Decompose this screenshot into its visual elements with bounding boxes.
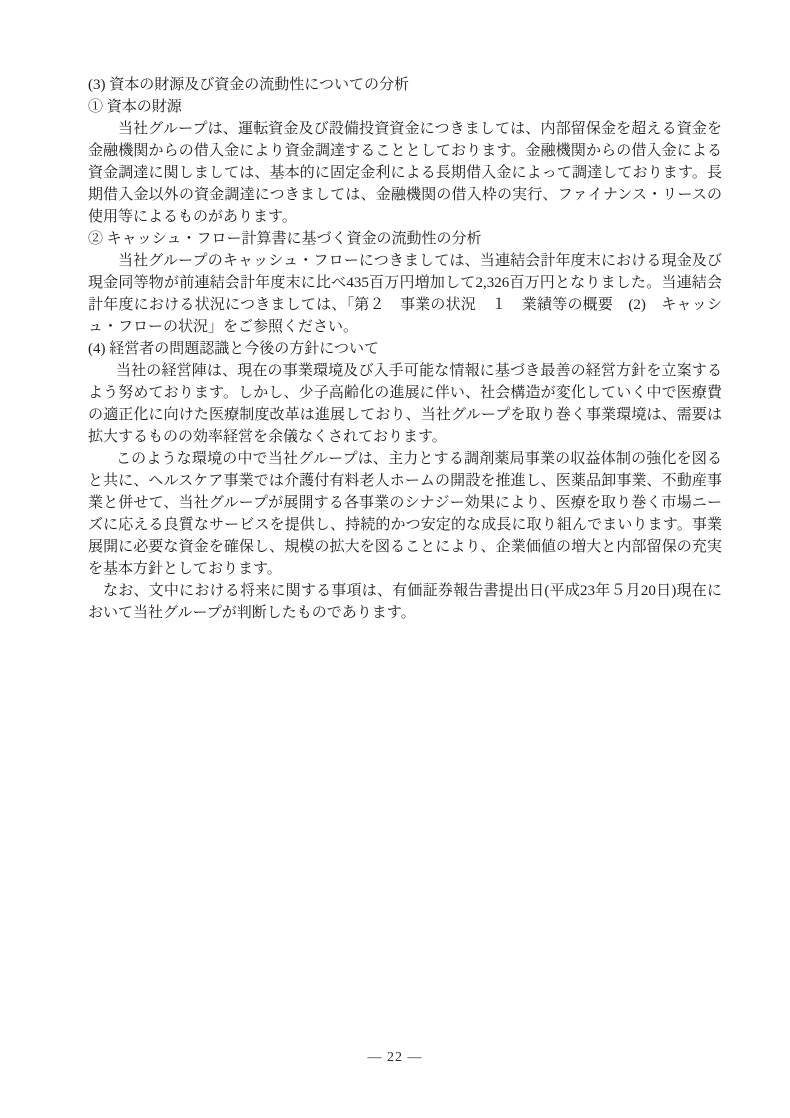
section-3-subsection-2: ② キャッシュ・フロー計算書に基づく資金の流動性の分析 当社グループのキャッシュ… [88,228,722,338]
section-3: (3) 資本の財源及び資金の流動性についての分析 ① 資本の財源 当社グループは… [88,74,722,338]
page-content: (3) 資本の財源及び資金の流動性についての分析 ① 資本の財源 当社グループは… [88,74,722,624]
subsection-1-heading: ① 資本の財源 [88,96,722,118]
subsection-2-body: 当社グループのキャッシュ・フローにつきましては、当連結会計年度末における現金及び… [88,250,722,338]
document-page: (3) 資本の財源及び資金の流動性についての分析 ① 資本の財源 当社グループは… [0,0,790,1118]
subsection-1-body: 当社グループは、運転資金及び設備投資資金につきましては、内部留保金を超える資金を… [88,118,722,228]
forward-looking-statement-note: なお、文中における将来に関する事項は、有価証券報告書提出日(平成23年５月20日… [88,580,722,624]
section-3-heading: (3) 資本の財源及び資金の流動性についての分析 [88,74,722,96]
section-4: (4) 経営者の問題認識と今後の方針について 当社の経営陣は、現在の事業環境及び… [88,338,722,580]
section-4-paragraph-2: このような環境の中で当社グループは、主力とする調剤薬局事業の収益体制の強化を図る… [88,448,722,580]
section-4-heading: (4) 経営者の問題認識と今後の方針について [88,338,722,360]
page-number: ― 22 ― [0,1048,790,1068]
section-4-paragraph-1: 当社の経営陣は、現在の事業環境及び入手可能な情報に基づき最善の経営方針を立案する… [88,360,722,448]
subsection-2-heading: ② キャッシュ・フロー計算書に基づく資金の流動性の分析 [88,228,722,250]
section-3-subsection-1: ① 資本の財源 当社グループは、運転資金及び設備投資資金につきましては、内部留保… [88,96,722,228]
